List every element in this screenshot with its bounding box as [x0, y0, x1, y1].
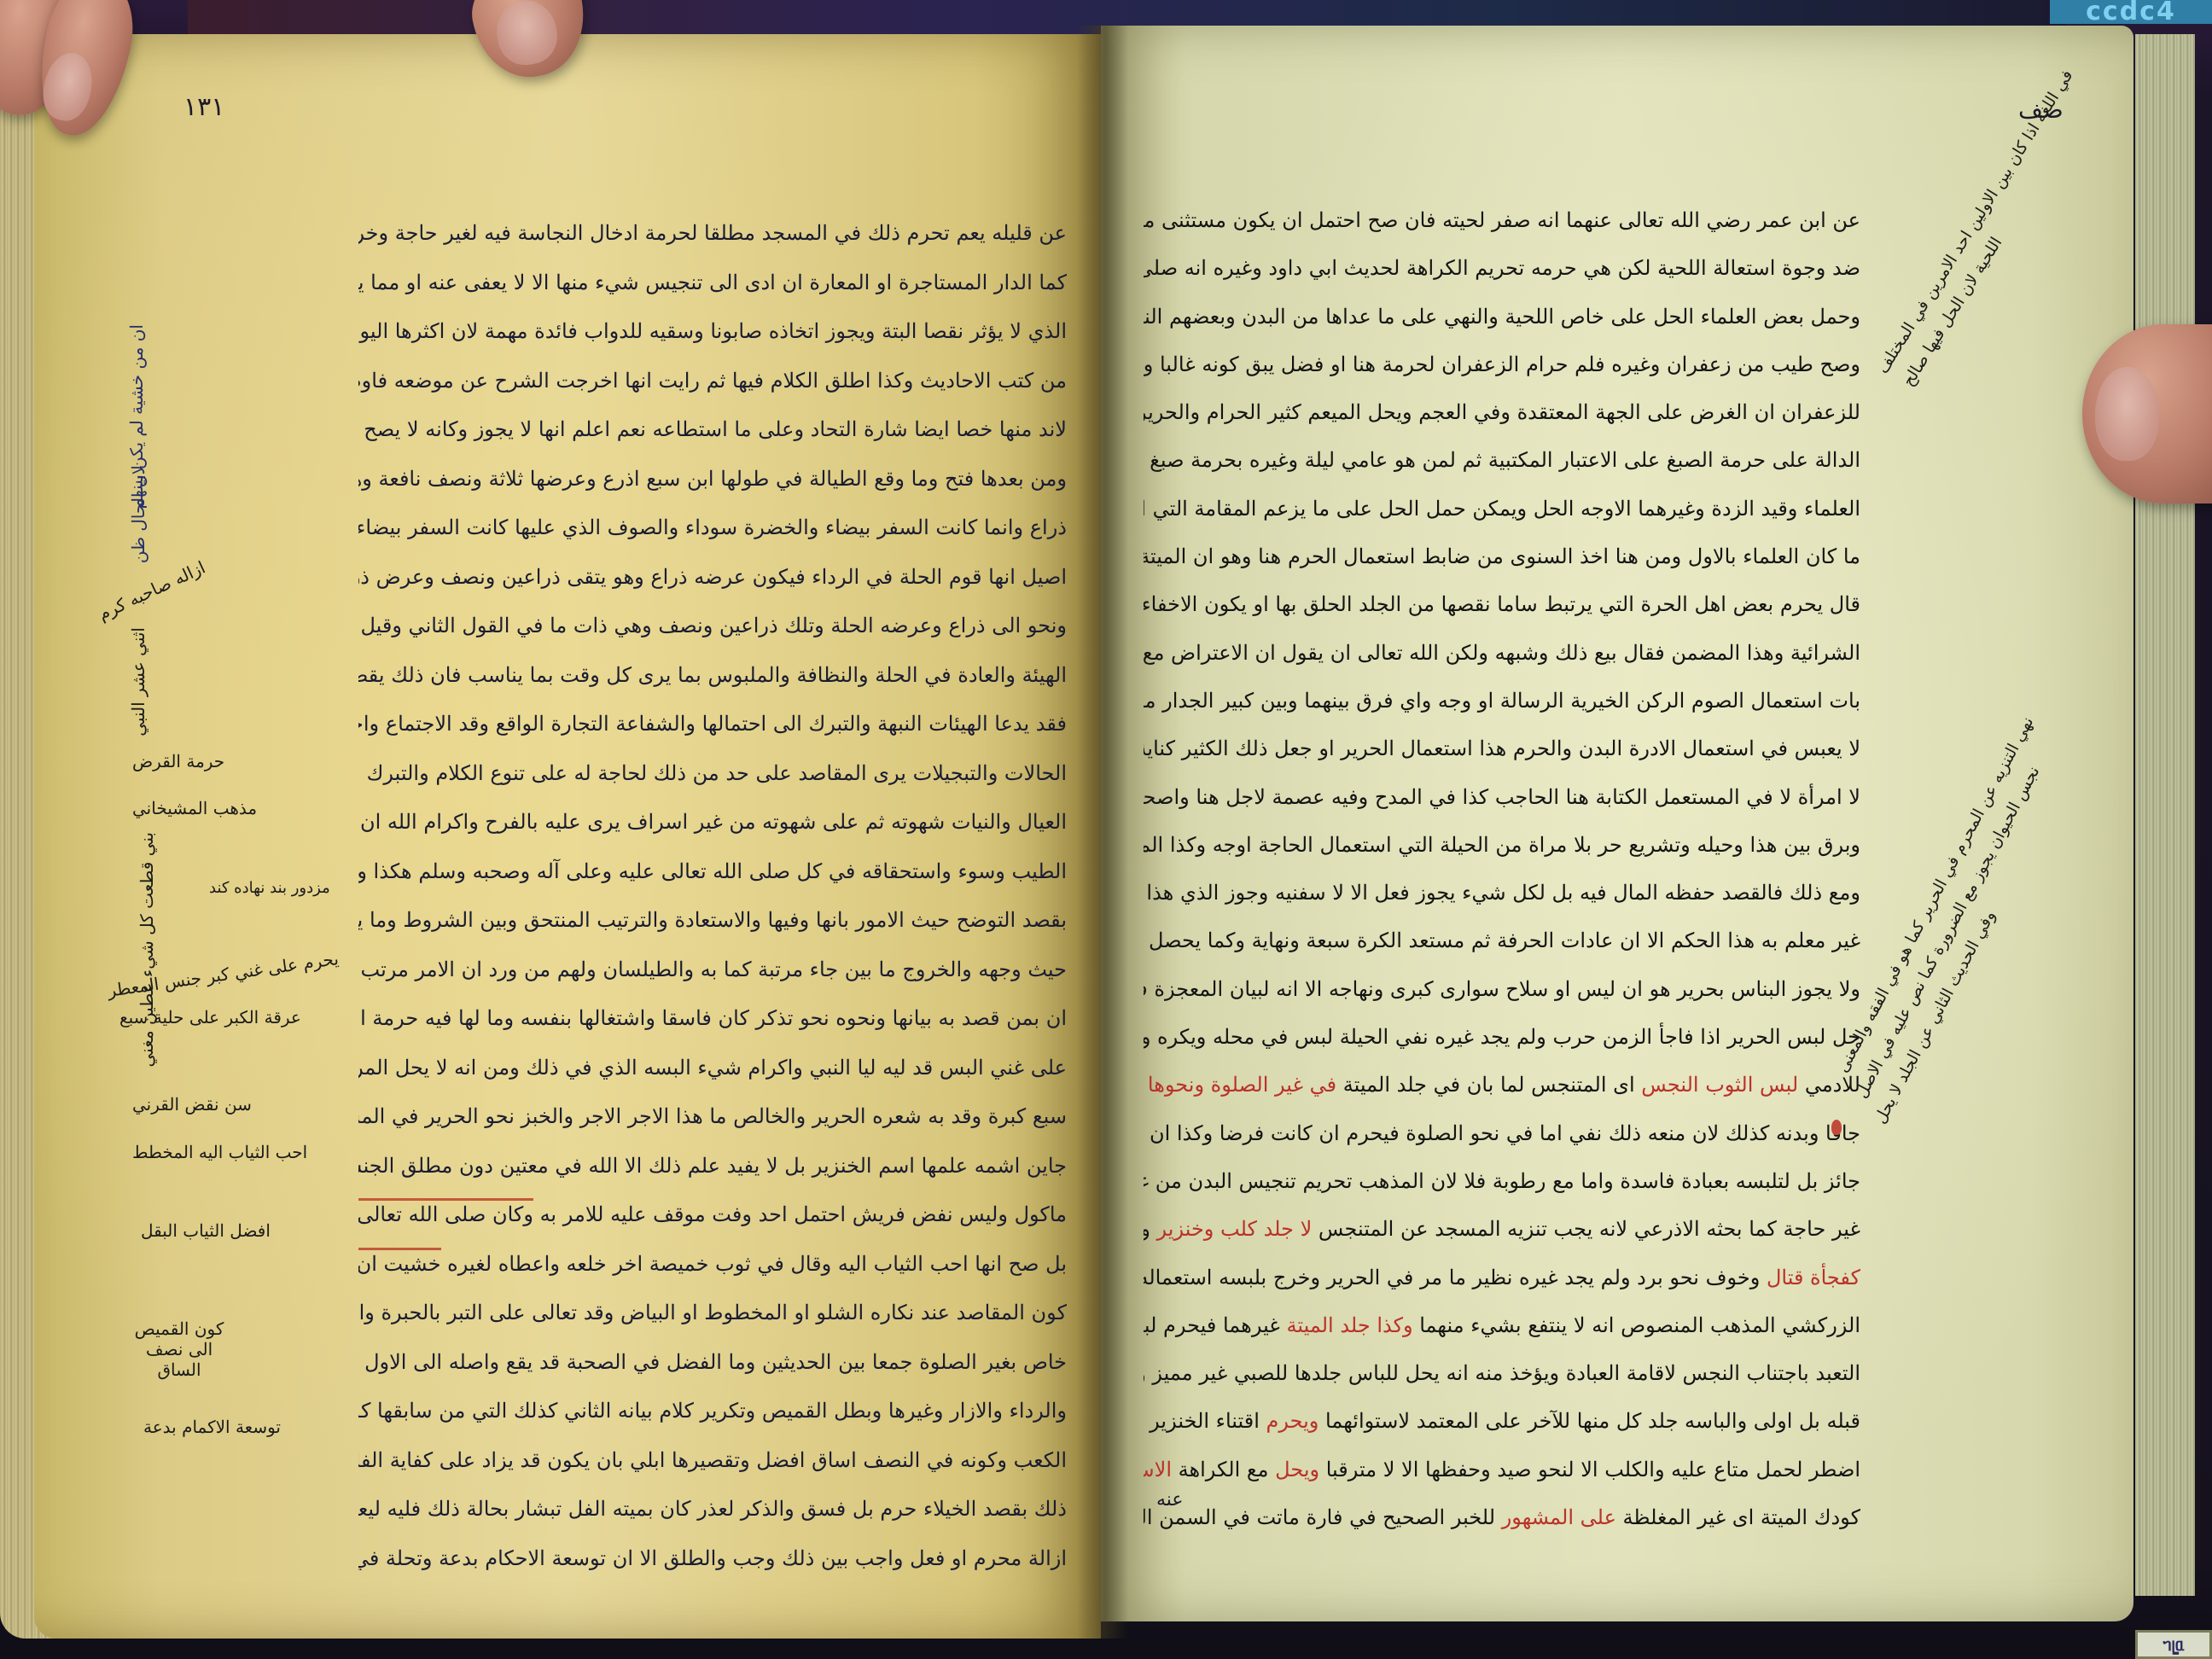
text-line: ماكول وليس نفض فريش احتمل احد وفت موقف ع… [358, 1190, 1067, 1240]
text-line: لا يعبس في استعمال الادرة البدن والحرم ه… [1144, 725, 1860, 772]
book-gutter [1077, 26, 1128, 1639]
text-segment: ماكول وليس نفض فريش احتمل احد وفت موقف ع… [533, 1202, 1067, 1226]
rubric-mark [1831, 1120, 1842, 1135]
text-line: كفجأة قتال وخوف نحو برد ولم يجد غيره نظي… [1144, 1254, 1860, 1301]
text-segment: للخبر الصحيح في فارة ماتت في السمن الذائ… [1144, 1505, 1502, 1529]
margin-note: كون القميص الى نصف الساق [128, 1318, 230, 1380]
text-segment: الكعب وكونه في النصف اساق افضل وتقصيرها … [358, 1448, 1067, 1472]
margin-note: حرمة القرض [132, 751, 224, 771]
text-segment: للادمي [1798, 1073, 1860, 1097]
text-line: لا امرأة لا في المستعمل الكتابة هنا الحا… [1144, 773, 1860, 821]
text-line: ومن بعدها فتح وما وقع الطيالة في طولها ا… [358, 455, 1067, 504]
text-segment: ومن بعدها فتح وما وقع الطيالة في طولها ا… [358, 467, 1067, 491]
text-segment: وفرع احدهما فلا يحل لبسه لغلظ نجاسته [1144, 1217, 1157, 1241]
text-segment: عن ابن عمر رضي الله تعالى عنهما انه صفر … [1144, 208, 1860, 232]
text-segment: عن قليله يعم تحرم ذلك في المسجد مطلقا لح… [358, 221, 1067, 245]
text-line: بل صح انها احب الثياب اليه وقال في ثوب خ… [358, 1240, 1067, 1289]
text-line: وحمل بعض العلماء الحل على خاص اللحية وال… [1144, 293, 1860, 341]
text-line: ذراع وانما كانت السفر بيضاء والخضرة سودا… [358, 504, 1067, 553]
margin-note: عرقة الكبر على حلية سبع [119, 1007, 301, 1027]
text-segment: ولا يجوز البناس بحرير هو ان ليس او سلاح … [1144, 977, 1860, 1001]
text-line: كما الدار المستاجرة او المعارة ان ادى ال… [358, 259, 1067, 308]
text-line: كون المقاصد عند نكاره الشلو او المخطوط ا… [358, 1289, 1067, 1338]
right-main-text: عن ابن عمر رضي الله تعالى عنهما انه صفر … [1144, 196, 1860, 1541]
margin-note: سن نقض القرني [132, 1094, 252, 1115]
text-line: الهيئة والعادة في الحلة والنظافة والملبو… [358, 651, 1067, 701]
text-line: العيال والنيات شهوته ثم على شهوته من غير… [358, 798, 1067, 847]
cover-label: ccdc4 [2050, 0, 2212, 24]
margin-note: لان الحال ظن [128, 465, 148, 563]
rubric-text: الاستصباح بالدهن النجس [1144, 1458, 1172, 1481]
text-segment: وحمل بعض العلماء الحل على خاص اللحية وال… [1144, 305, 1860, 329]
text-segment: التعبد باجتناب النجس لاقامة العبادة ويؤخ… [1144, 1361, 1860, 1385]
rubric-text: ويحرم [1266, 1409, 1319, 1433]
text-segment: من كتب الاحاديث وكذا اطلق الكلام فيها ثم… [358, 369, 1067, 393]
text-segment: جاين اشمه علمها اسم الخنزير بل لا يفيد ع… [358, 1154, 1067, 1178]
text-line: ونحو الى ذراع وعرضه الحلة وتلك ذراعين ون… [358, 602, 1067, 651]
rubric-text: لبس الثوب النجس [1641, 1073, 1798, 1097]
text-segment: وخوف نحو برد ولم يجد غيره نظير ما مر في … [1144, 1266, 1767, 1289]
text-segment: على غني البس قد ليه ليا النبي واكرام شيء… [358, 1056, 1067, 1080]
folio-number: ١٣١ [183, 92, 224, 122]
text-line: الزركشي المذهب المنصوص انه لا ينتفع بشيء… [1144, 1301, 1860, 1349]
text-line: من كتب الاحاديث وكذا اطلق الكلام فيها ثم… [358, 357, 1067, 406]
text-segment: بات استعمال الصوم الركن الخيرية الرسالة … [1144, 689, 1860, 713]
text-segment: الهيئة والعادة في الحلة والنظافة والملبو… [358, 663, 1067, 687]
text-line: الطيب وسوء واستحقاقه في كل صلى الله تعال… [358, 847, 1067, 897]
text-line: بات استعمال الصوم الركن الخيرية الرسالة … [1144, 677, 1860, 725]
text-segment: كون المقاصد عند نكاره الشلو او المخطوط ا… [358, 1301, 1067, 1324]
text-segment: لاند منها خصا ايضا شارة التحاد وعلى ما ا… [358, 417, 1067, 441]
text-line: جاين اشمه علمها اسم الخنزير بل لا يفيد ع… [358, 1142, 1067, 1191]
margin-note: توسعة الاكمام بدعة [143, 1417, 281, 1437]
text-line: لاند منها خصا ايضا شارة التحاد وعلى ما ا… [358, 405, 1067, 455]
text-segment: قبله بل اولى والباسه جلد كل منها للآخر ع… [1318, 1409, 1860, 1433]
overlined-text: خشيت ان انظر اليها فتفتنني عن صلاتي [358, 1248, 441, 1276]
text-line: ازالة محرم او فعل واجب بين ذلك وجب والطل… [358, 1534, 1067, 1584]
text-line: عن قليله يعم تحرم ذلك في المسجد مطلقا لح… [358, 209, 1067, 259]
text-line: الذي لا يؤثر نقصا البتة ويجوز اتخاذه صاب… [358, 307, 1067, 357]
text-segment: اى المتنجس لما بان في جلد الميتة [1336, 1073, 1641, 1097]
text-line: حيث وجهه والخروج ما بين جاء مرتبة كما به… [358, 946, 1067, 995]
text-line: والرداء والازار وغيرها وبطل القميص وتكري… [358, 1387, 1067, 1436]
text-line: ضد وجوة استعالة اللحية لكن هي حرمه تحريم… [1144, 244, 1860, 292]
text-segment: جائز بل لتلبسه بعبادة فاسدة واما مع رطوب… [1144, 1169, 1860, 1193]
fingernail [492, 0, 562, 69]
text-line: جافا وبدنه كذلك لان منعه ذلك نفي اما في … [1144, 1109, 1860, 1157]
text-segment: والرداء والازار وغيرها وبطل القميص وتكري… [358, 1399, 1067, 1423]
text-line: وصح طيب من زعفران وغيره فلم حرام الزعفرا… [1144, 341, 1860, 388]
text-line: على غني البس قد ليه ليا النبي واكرام شيء… [358, 1044, 1067, 1093]
left-main-text: عن قليله يعم تحرم ذلك في المسجد مطلقا لح… [358, 209, 1067, 1583]
fingernail [2095, 367, 2159, 461]
text-segment: اضطر لحمل متاع عليه والكلب الا لنحو صيد … [1319, 1458, 1860, 1481]
text-line: بقصد التوضح حيث الامور بانها وفيها والاس… [358, 896, 1067, 946]
text-line: حل لبس الحرير اذا فاجأ الزمن حرب ولم يجد… [1144, 1013, 1860, 1061]
shelf-label: ᥐᥧᥲ [2135, 1630, 2212, 1659]
text-segment: لا يعبس في استعمال الادرة البدن والحرم ه… [1144, 736, 1860, 760]
text-line: غير حاجة كما بحثه الاذرعي لانه يجب تنزيه… [1144, 1205, 1860, 1253]
text-segment: وصح طيب من زعفران وغيره فلم حرام الزعفرا… [1144, 352, 1860, 376]
text-segment: ان بمن قصد به بيانها ونحوه نحو تذكر كان … [358, 1006, 1067, 1030]
text-line: الكعب وكونه في النصف اساق افضل وتقصيرها … [358, 1436, 1067, 1486]
overlined-text: وكان صلى الله تعالى عليه وعلى آله وصحبه … [358, 1198, 533, 1226]
rubric-text: ويحل [1275, 1458, 1319, 1481]
text-segment: بل صح انها احب الثياب اليه وقال في ثوب خ… [441, 1252, 1067, 1276]
text-segment: كما الدار المستاجرة او المعارة ان ادى ال… [358, 271, 1067, 294]
margin-note: اثني عشر النبي [128, 627, 148, 736]
text-line: التعبد باجتناب النجس لاقامة العبادة ويؤخ… [1144, 1349, 1860, 1397]
text-segment: ضد وجوة استعالة اللحية لكن هي حرمه تحريم… [1144, 256, 1860, 280]
text-segment: غير معلم به هذا الحكم الا ان عادات الحرف… [1144, 928, 1860, 952]
rubric-text: لا جلد كلب وخنزير [1157, 1217, 1313, 1241]
text-line: خاص بغير الصلوة جمعا بين الحديثين وما ال… [358, 1338, 1067, 1388]
text-segment: خاص بغير الصلوة جمعا بين الحديثين وما ال… [358, 1350, 1067, 1374]
text-line: سبع كبرة وقد به شعره الحرير والخالص ما ه… [358, 1092, 1067, 1142]
text-line: كودك الميتة اى غير المغلظة على المشهور ل… [1144, 1493, 1860, 1541]
text-line: ولا يجوز البناس بحرير هو ان ليس او سلاح … [1144, 965, 1860, 1013]
text-segment: اصيل انها قوم الحلة في الرداء فيكون عرضه… [358, 565, 1067, 589]
text-segment: كودك الميتة اى غير المغلظة [1616, 1505, 1860, 1529]
text-segment: بقصد التوضح حيث الامور بانها وفيها والاس… [358, 908, 1067, 932]
margin-note: احب الثياب اليه المخطط [132, 1142, 307, 1162]
text-line: عن ابن عمر رضي الله تعالى عنهما انه صفر … [1144, 196, 1860, 244]
text-line: ذلك بقصد الخيلاء حرم بل فسق والذكر لعذر … [358, 1485, 1067, 1534]
text-segment: ومع ذلك فالقصد حفظه المال فيه بل لكل شيء… [1144, 881, 1860, 905]
text-line: العلماء وقيد الزدة وغيرهما الاوجه الحل و… [1144, 485, 1860, 533]
text-segment: العيال والنيات شهوته ثم على شهوته من غير… [358, 810, 1067, 834]
text-segment: للزعفران ان الغرض على الجهة المعتقدة وفي… [1144, 400, 1860, 424]
text-segment: الشرائية وهذا المضمن فقال بيع ذلك وشبهه … [1144, 641, 1860, 665]
text-segment: العلماء وقيد الزدة وغيرهما الاوجه الحل و… [1144, 497, 1860, 521]
text-line: الدالة على حرمة الصبغ على الاعتبار المكت… [1144, 436, 1860, 484]
rubric-text: وكذا جلد الميتة [1286, 1313, 1412, 1337]
text-segment: قال يحرم بعض اهل الحرة التي يرتبط ساما ن… [1144, 592, 1860, 616]
text-segment: الحالات والتبجيلات يرى المقاصد على حد من… [358, 761, 1067, 785]
text-segment: ذراع وانما كانت السفر بيضاء والخضرة سودا… [358, 515, 1067, 539]
text-line: اضطر لحمل متاع عليه والكلب الا لنحو صيد … [1144, 1446, 1860, 1493]
text-segment: وبرق بين هذا وحيله وتشريع حر بلا مراة من… [1144, 833, 1860, 857]
margin-note: بني قطعت كل شيء عطين مغني [137, 832, 157, 1067]
text-segment: الذي لا يؤثر نقصا البتة ويجوز اتخاذه صاب… [358, 319, 1067, 343]
text-line: الشرائية وهذا المضمن فقال بيع ذلك وشبهه … [1144, 629, 1860, 677]
rubric-text: على المشهور [1502, 1505, 1616, 1529]
text-segment: لا امرأة لا في المستعمل الكتابة هنا الحا… [1144, 785, 1860, 809]
text-segment: غير حاجة كما بحثه الاذرعي لانه يجب تنزيه… [1312, 1217, 1860, 1241]
text-segment: اقتناء الخنزير لوجوب قتله فورا الا لضرور… [1144, 1409, 1266, 1433]
text-line: غير معلم به هذا الحكم الا ان عادات الحرف… [1144, 917, 1860, 964]
text-segment: جافا وبدنه كذلك لان منعه ذلك نفي اما في … [1144, 1121, 1860, 1145]
text-line: ومع ذلك فالقصد حفظه المال فيه بل لكل شيء… [1144, 869, 1860, 917]
rubric-text: في غير الصلوة ونحوها [1148, 1073, 1336, 1097]
margin-note: مزدور بند نهاده كند [209, 879, 330, 897]
text-segment: ما كان العلماء بالاول ومن هنا اخذ السنوى… [1144, 544, 1860, 568]
text-segment: الدالة على حرمة الصبغ على الاعتبار المكت… [1144, 448, 1860, 472]
text-segment: سبع كبرة وقد به شعره الحرير والخالص ما ه… [358, 1104, 1067, 1128]
text-line: ما كان العلماء بالاول ومن هنا اخذ السنوى… [1144, 533, 1860, 580]
text-segment: ذلك بقصد الخيلاء حرم بل فسق والذكر لعذر … [358, 1497, 1067, 1521]
rubric-text: كفجأة قتال [1767, 1266, 1860, 1289]
text-segment: غيرهما فيحرم لبسه في حال الاختيار [1144, 1313, 1286, 1337]
margin-note: افضل الثياب البقل [141, 1220, 271, 1241]
text-segment: الزركشي المذهب المنصوص انه لا ينتفع بشيء… [1413, 1313, 1860, 1337]
text-segment: حل لبس الحرير اذا فاجأ الزمن حرب ولم يجد… [1144, 1025, 1860, 1049]
text-segment: الطيب وسوء واستحقاقه في كل صلى الله تعال… [358, 859, 1067, 883]
text-segment: ازالة محرم او فعل واجب بين ذلك وجب والطل… [358, 1546, 1067, 1570]
text-line: اصيل انها قوم الحلة في الرداء فيكون عرضه… [358, 553, 1067, 602]
text-segment: حيث وجهه والخروج ما بين جاء مرتبة كما به… [358, 958, 1067, 981]
margin-note: مذهب المشيخاني [132, 798, 257, 818]
text-line: للزعفران ان الغرض على الجهة المعتقدة وفي… [1144, 388, 1860, 436]
text-line: للادمي لبس الثوب النجس اى المتنجس لما با… [1144, 1061, 1860, 1109]
text-line: جائز بل لتلبسه بعبادة فاسدة واما مع رطوب… [1144, 1157, 1860, 1205]
text-segment: ونحو الى ذراع وعرضه الحلة وتلك ذراعين ون… [358, 614, 1067, 637]
text-line: وبرق بين هذا وحيله وتشريع حر بلا مراة من… [1144, 821, 1860, 869]
text-line: قال يحرم بعض اهل الحرة التي يرتبط ساما ن… [1144, 580, 1860, 628]
text-line: قبله بل اولى والباسه جلد كل منها للآخر ع… [1144, 1397, 1860, 1445]
catchword: عنه [1156, 1489, 1184, 1511]
text-segment: مع الكراهة [1172, 1458, 1275, 1481]
text-line: فقد يدعا الهيئات النبهة والتبرك الى احتم… [358, 700, 1067, 749]
text-line: الحالات والتبجيلات يرى المقاصد على حد من… [358, 749, 1067, 799]
right-page-stack [2135, 34, 2195, 1596]
text-line: ان بمن قصد به بيانها ونحوه نحو تذكر كان … [358, 994, 1067, 1044]
text-segment: فقد يدعا الهيئات النبهة والتبرك الى احتم… [358, 712, 1067, 736]
